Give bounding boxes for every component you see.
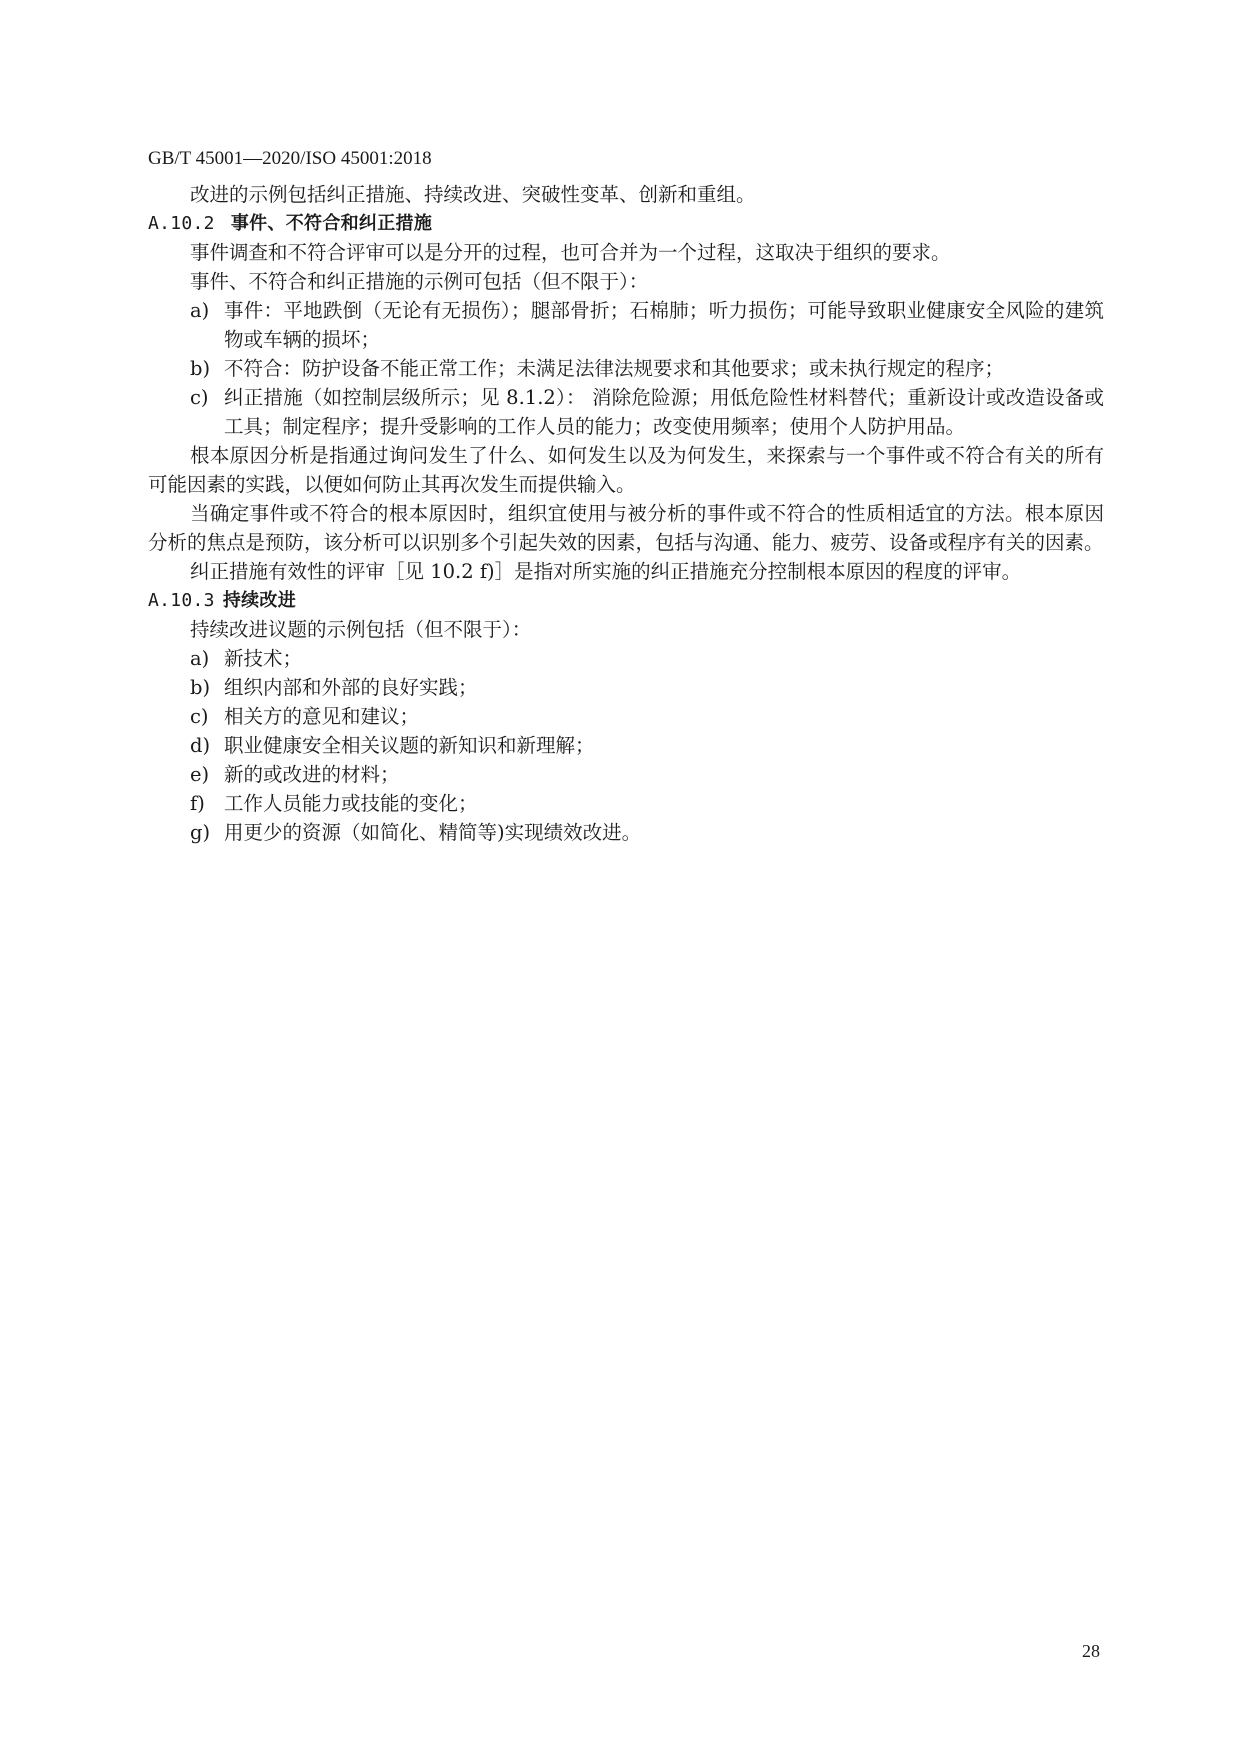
- list-label: c): [190, 702, 224, 731]
- list-item: a) 新技术；: [190, 644, 1104, 673]
- section-title: 持续改进: [223, 590, 296, 611]
- list-item: c) 相关方的意见和建议；: [190, 702, 1104, 731]
- list-label: b): [190, 354, 224, 383]
- list-label: c): [190, 383, 224, 441]
- section-heading-a103: A.10.3持续改进: [148, 586, 1104, 615]
- list-item: f) 工作人员能力或技能的变化；: [190, 789, 1104, 818]
- list-text: 工作人员能力或技能的变化；: [224, 789, 1104, 818]
- list-item: d) 职业健康安全相关议题的新知识和新理解；: [190, 731, 1104, 760]
- list-text: 组织内部和外部的良好实践；: [224, 673, 1104, 702]
- list-text: 事件：平地跌倒（无论有无损伤）；腿部骨折；石棉肺；听力损伤；可能导致职业健康安全…: [224, 296, 1104, 354]
- list-text: 职业健康安全相关议题的新知识和新理解；: [224, 731, 1104, 760]
- list-label: d): [190, 731, 224, 760]
- list-item: b) 不符合：防护设备不能正常工作；未满足法律法规要求和其他要求；或未执行规定的…: [190, 354, 1104, 383]
- intro-paragraph: 改进的示例包括纠正措施、持续改进、突破性变革、创新和重组。: [148, 180, 1104, 209]
- list-text: 相关方的意见和建议；: [224, 702, 1104, 731]
- list-label: g): [190, 818, 224, 847]
- list-label: a): [190, 296, 224, 354]
- paragraph: 持续改进议题的示例包括（但不限于）：: [148, 615, 1104, 644]
- list-text: 不符合：防护设备不能正常工作；未满足法律法规要求和其他要求；或未执行规定的程序；: [224, 354, 1104, 383]
- list-item: g) 用更少的资源（如简化、精简等)实现绩效改进。: [190, 818, 1104, 847]
- paragraph: 事件、不符合和纠正措施的示例可包括（但不限于）：: [148, 267, 1104, 296]
- paragraph: 事件调查和不符合评审可以是分开的过程，也可合并为一个过程，这取决于组织的要求。: [148, 238, 1104, 267]
- list-label: b): [190, 673, 224, 702]
- list-item: b) 组织内部和外部的良好实践；: [190, 673, 1104, 702]
- section-heading-a102: A.10.2事件、不符合和纠正措施: [148, 209, 1104, 238]
- paragraph: 纠正措施有效性的评审［见 10.2 f)］是指对所实施的纠正措施充分控制根本原因…: [148, 557, 1104, 586]
- document-body: 改进的示例包括纠正措施、持续改进、突破性变革、创新和重组。 A.10.2事件、不…: [148, 180, 1104, 847]
- list-text: 新的或改进的材料；: [224, 760, 1104, 789]
- page-header: GB/T 45001—2020/ISO 45001:2018: [148, 148, 432, 170]
- list-label: a): [190, 644, 224, 673]
- section-number: A.10.2: [148, 213, 215, 234]
- paragraph: 当确定事件或不符合的根本原因时，组织宜使用与被分析的事件或不符合的性质相适宜的方…: [148, 499, 1104, 557]
- list-text: 新技术；: [224, 644, 1104, 673]
- list-item: c) 纠正措施（如控制层级所示；见 8.1.2）： 消除危险源；用低危险性材料替…: [190, 383, 1104, 441]
- list-label: e): [190, 760, 224, 789]
- section-number: A.10.3: [148, 590, 215, 611]
- list-item: e) 新的或改进的材料；: [190, 760, 1104, 789]
- list-text: 用更少的资源（如简化、精简等)实现绩效改进。: [224, 818, 1104, 847]
- paragraph: 根本原因分析是指通过询问发生了什么、如何发生以及为何发生，来探索与一个事件或不符…: [148, 441, 1104, 499]
- list-item: a) 事件：平地跌倒（无论有无损伤）；腿部骨折；石棉肺；听力损伤；可能导致职业健…: [190, 296, 1104, 354]
- page-number: 28: [1082, 1641, 1100, 1662]
- section-title: 事件、不符合和纠正措施: [231, 213, 432, 234]
- list-text: 纠正措施（如控制层级所示；见 8.1.2）： 消除危险源；用低危险性材料替代；重…: [224, 383, 1104, 441]
- list-label: f): [190, 789, 224, 818]
